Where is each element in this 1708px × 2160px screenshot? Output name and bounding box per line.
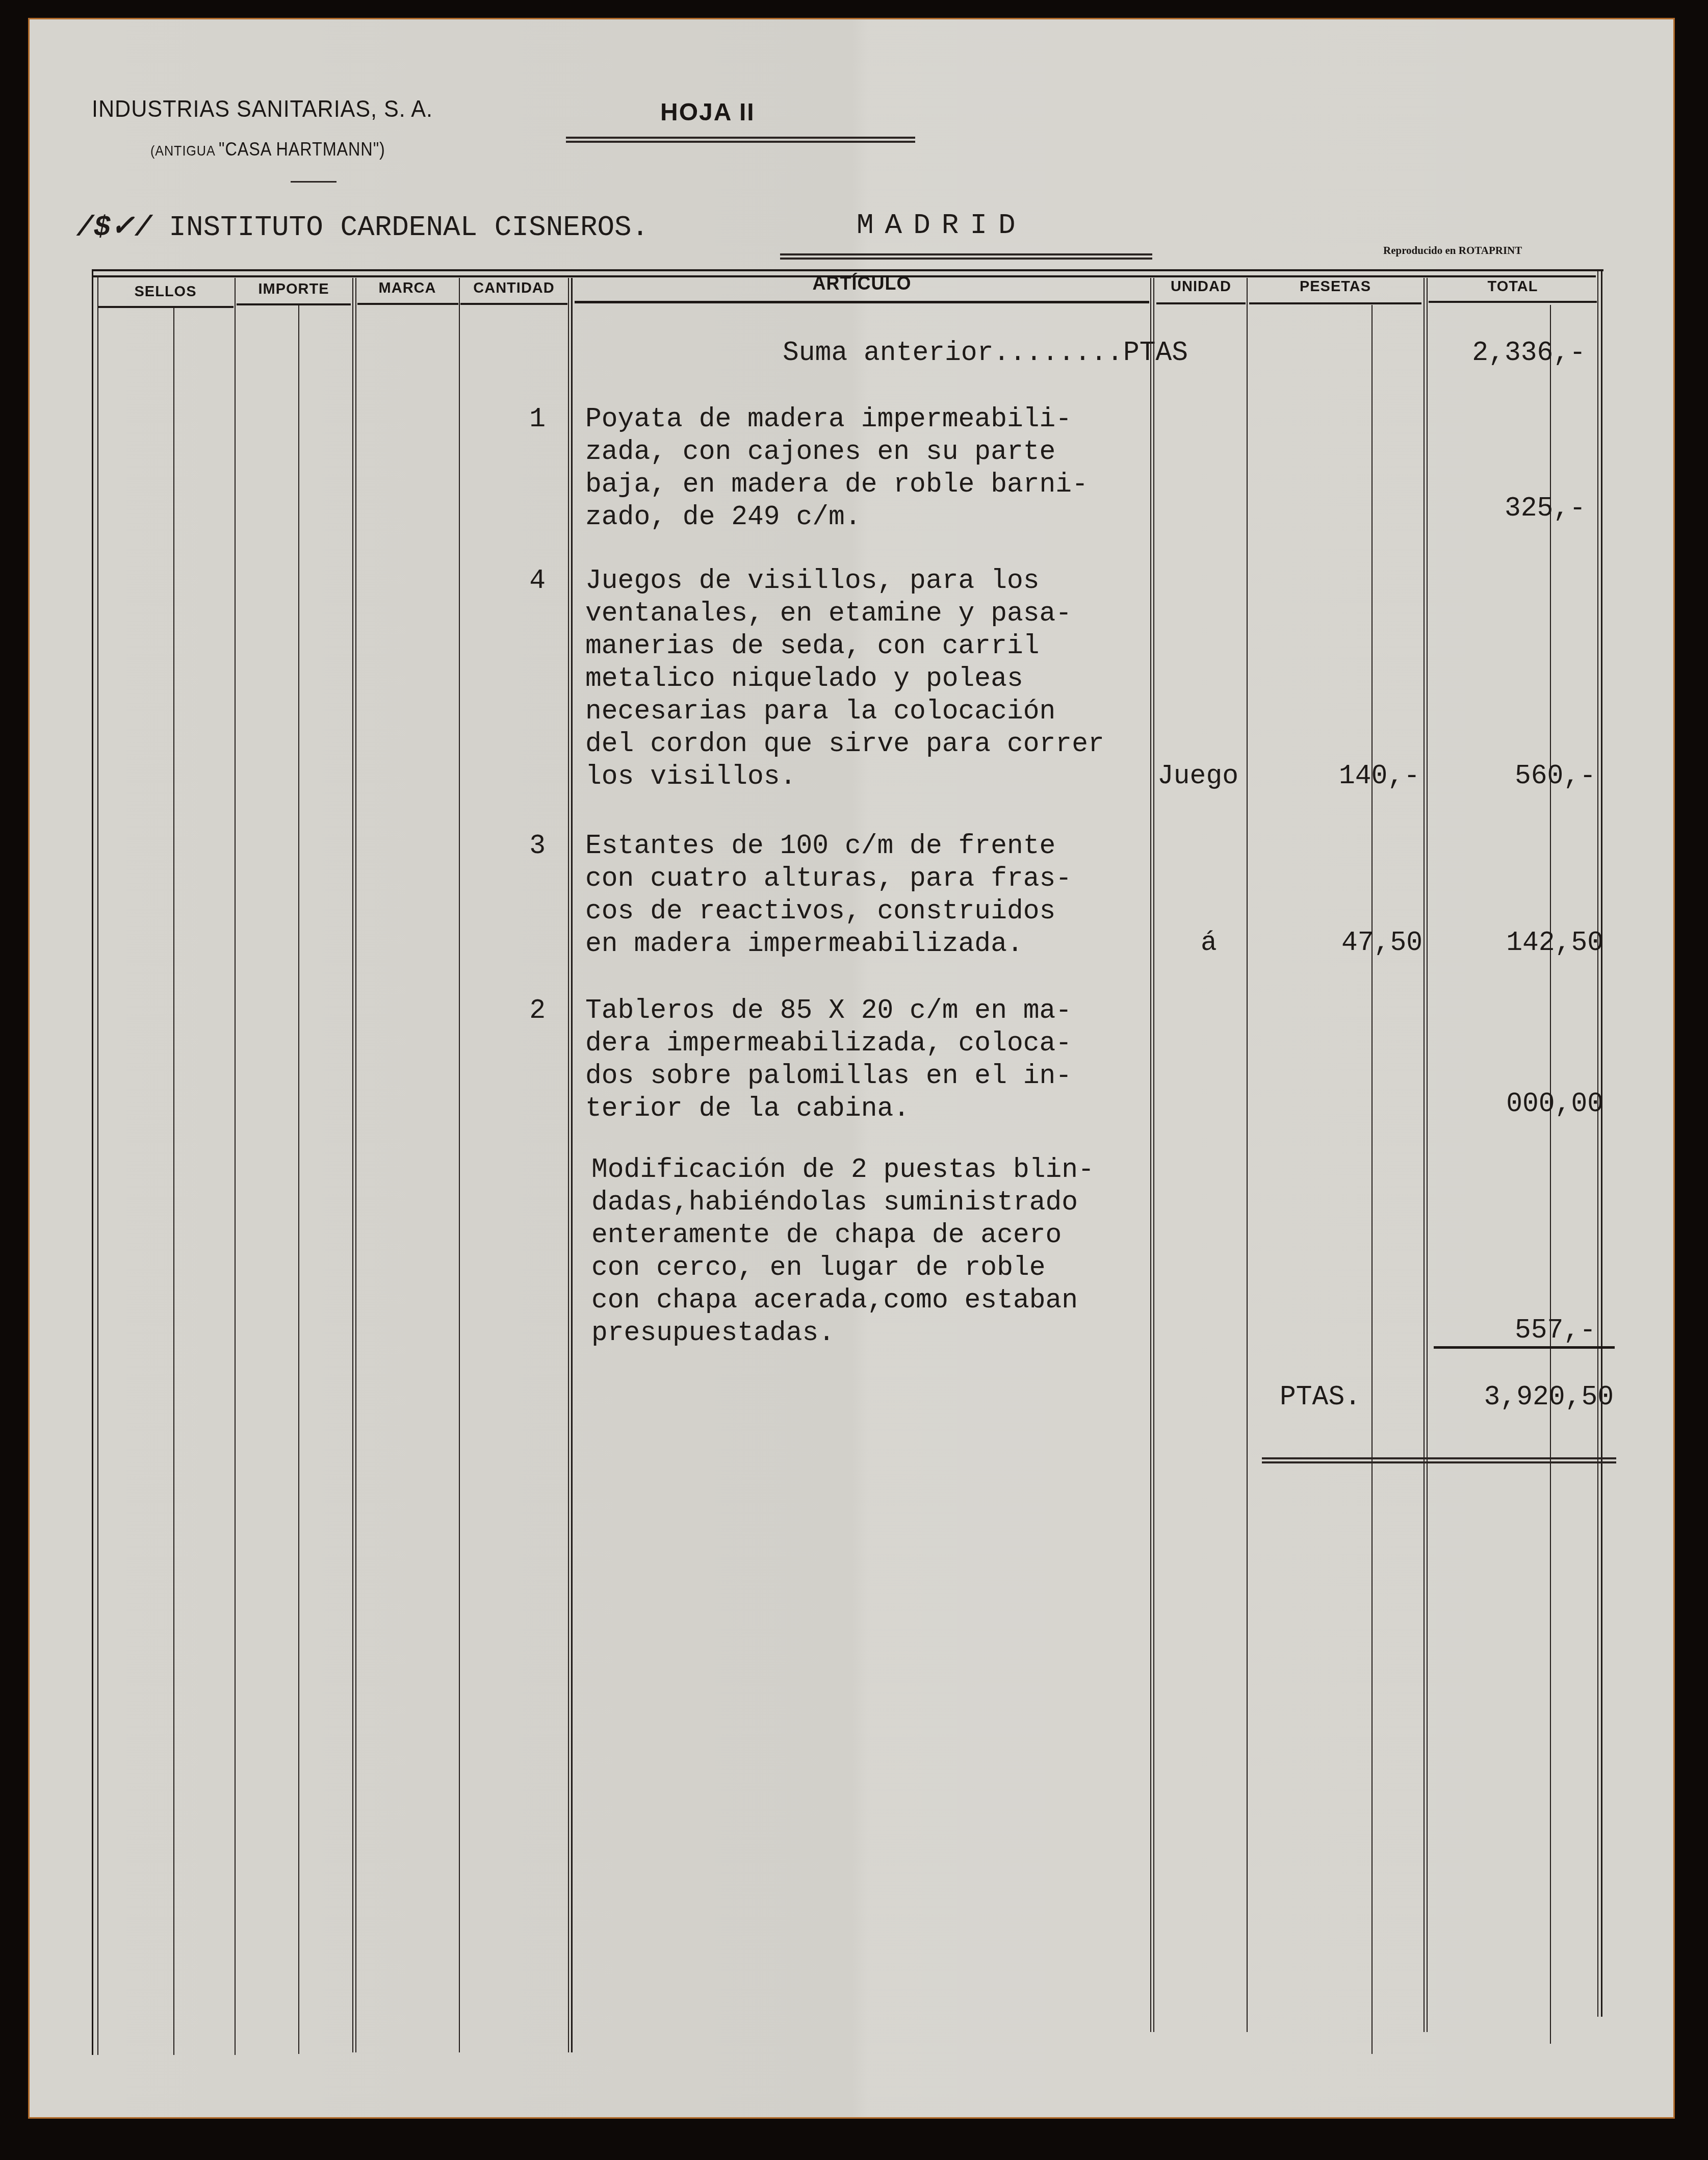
carry-forward-total: 2,336,- <box>1428 337 1586 369</box>
col-line <box>352 278 353 2052</box>
row-4-articulo: Tableros de 85 X 20 c/m en ma- dera impe… <box>585 994 1072 1125</box>
client-name: INSTITUTO CARDENAL CISNEROS. <box>169 211 649 244</box>
reproduction-note: Reproducido en ROTAPRINT <box>1383 244 1522 257</box>
col-header-cantidad: CANTIDAD <box>460 280 568 297</box>
col-header-pesetas: PESETAS <box>1249 278 1421 295</box>
col-line <box>92 270 93 2055</box>
col-line <box>459 278 460 2052</box>
row-1-cantidad: 1 <box>489 403 546 435</box>
table-top-rule <box>92 269 1603 271</box>
row-2-cantidad: 4 <box>489 564 546 597</box>
client-mark: /$✓/ <box>76 211 152 244</box>
carry-forward-label: Suma anterior........PTAS <box>783 337 1188 369</box>
grand-total-value: 3,920,50 <box>1428 1381 1614 1413</box>
row-2-articulo: Juegos de visillos, para los ventanales,… <box>585 564 1104 793</box>
row-2-total: 560,- <box>1428 760 1596 792</box>
col-header-importe: IMPORTE <box>236 281 352 298</box>
header-divider <box>291 181 337 183</box>
col-line <box>1550 305 1551 2044</box>
col-header-articulo: ARTÍCULO <box>575 273 1149 294</box>
col-line <box>173 307 174 2055</box>
row-3-cantidad: 3 <box>489 830 546 862</box>
col-line <box>1371 305 1373 2054</box>
col-line <box>568 278 569 2052</box>
col-line <box>1424 278 1425 2032</box>
col-line <box>97 275 98 2055</box>
row-3-total: 142,50 <box>1428 927 1603 959</box>
company-sub-prefix: (ANTIGUA <box>150 143 219 159</box>
header-underline-marca <box>357 303 458 305</box>
grand-total-double-rule <box>1262 1457 1616 1463</box>
sheet-number: HOJA II <box>660 98 755 126</box>
col-header-marca: MARCA <box>357 280 458 297</box>
row-2-pesetas: 140,- <box>1254 760 1420 792</box>
header-underline-importe <box>237 303 351 305</box>
sheet-underline <box>566 137 915 143</box>
company-subtitle: (ANTIGUA "CASA HARTMANN") <box>150 139 385 160</box>
subtotal-rule <box>1434 1346 1615 1349</box>
header-underline-cantidad <box>460 303 567 305</box>
col-line <box>1427 278 1428 2032</box>
row-3-unidad: á <box>1201 927 1217 959</box>
row-3-articulo: Estantes de 100 c/m de frente con cuatro… <box>585 830 1072 960</box>
header-underline-pesetas <box>1249 302 1421 304</box>
header-underline-total <box>1429 301 1597 303</box>
col-line <box>1153 278 1154 2032</box>
header-underline-sellos <box>98 306 234 308</box>
col-header-sellos: SELLOS <box>98 284 233 300</box>
header-underline-unidad <box>1156 302 1246 304</box>
company-sub-name: "CASA HARTMANN") <box>219 139 385 160</box>
client-line: /$✓/ INSTITUTO CARDENAL CISNEROS. <box>76 209 649 244</box>
row-2-unidad: Juego <box>1157 760 1238 792</box>
row-1-articulo: Poyata de madera impermeabili- zada, con… <box>585 403 1088 533</box>
row-4-total: 000,00 <box>1428 1088 1603 1120</box>
grand-total-label: PTAS. <box>1280 1381 1361 1413</box>
col-line <box>298 305 299 2054</box>
header-underline-articulo <box>575 301 1149 303</box>
row-5-articulo: Modificación de 2 puestas blin- dadas,ha… <box>591 1153 1094 1349</box>
row-4-cantidad: 2 <box>489 994 546 1027</box>
col-line <box>1247 278 1248 2032</box>
col-line <box>1150 278 1151 2032</box>
col-line <box>571 278 573 2052</box>
city: MADRID <box>857 209 1027 242</box>
col-line <box>235 278 236 2055</box>
row-1-total: 325,- <box>1428 492 1586 525</box>
col-line <box>355 278 356 2052</box>
col-line <box>1601 270 1602 2017</box>
col-header-total: TOTAL <box>1429 278 1597 295</box>
row-3-pesetas: 47,50 <box>1254 927 1422 959</box>
row-5-total: 557,- <box>1428 1314 1596 1347</box>
city-underline <box>780 253 1152 260</box>
company-name: INDUSTRIAS SANITARIAS, S. A. <box>92 94 433 122</box>
col-header-unidad: UNIDAD <box>1156 278 1246 295</box>
col-line <box>1597 270 1598 2017</box>
